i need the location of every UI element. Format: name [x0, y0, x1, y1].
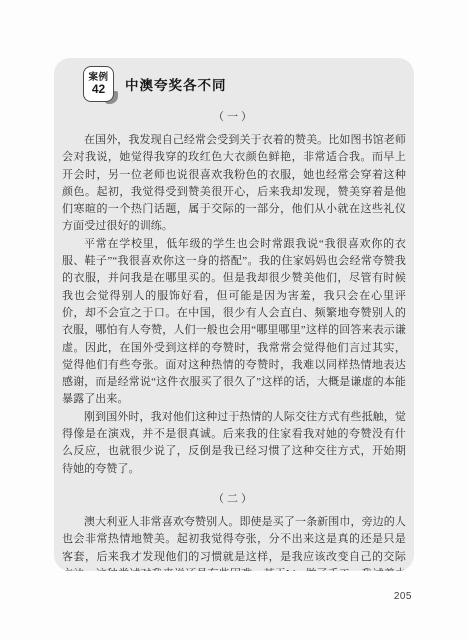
- paragraph: 刚到国外时，我对他们这种过于热情的人际交往方式有些抵触，觉得像是在演戏，并不是很…: [62, 409, 406, 478]
- paragraph: 在国外，我发现自己经常会受到关于衣着的赞美。比如图书馆老师会对我说，她觉得我穿的…: [62, 132, 406, 236]
- badge-body: 案例 42: [83, 66, 114, 102]
- case-badge-number: 42: [92, 83, 105, 96]
- section-heading-one: （一）: [62, 109, 406, 126]
- page-number: 205: [394, 591, 412, 602]
- paragraph: 澳大利亚人非常喜欢夸赞别人。即使是买了一条新围巾，旁边的人也会非常热情地赞美。起…: [62, 514, 406, 571]
- paragraph: 平常在学校里，低年级的学生也会时常跟我说“我很喜欢你的衣服、鞋子”“我很喜欢你这…: [62, 236, 406, 409]
- case-title: 中澳夸奖各不同: [125, 74, 227, 94]
- case-number-badge: 案例 42: [83, 66, 114, 102]
- section-heading-two: （二）: [62, 491, 406, 508]
- case-header: 案例 42 中澳夸奖各不同: [83, 65, 406, 103]
- case-panel: 案例 42 中澳夸奖各不同 （一） 在国外，我发现自己经常会受到关于衣着的赞美。…: [54, 58, 414, 571]
